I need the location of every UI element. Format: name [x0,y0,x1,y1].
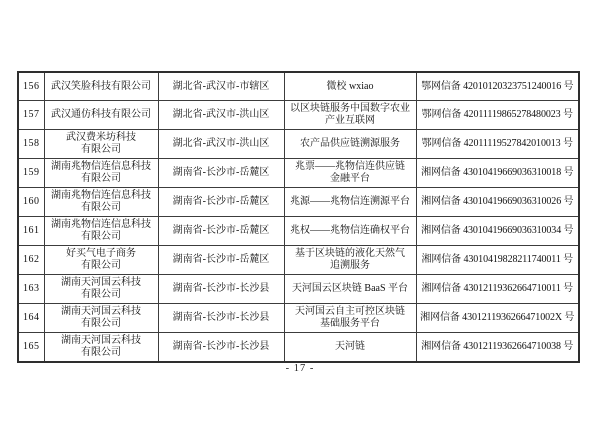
table-row: 162 好买气电子商务 有限公司 湖南省-长沙市-岳麓区 基于区块链的液化天然气… [18,246,579,275]
table-row: 161 湖南兆物信连信息科技 有限公司 湖南省-长沙市-岳麓区 兆权——兆物信连… [18,217,579,246]
company-cell: 湖南兆物信连信息科技 有限公司 [44,217,158,246]
table-row: 165 湖南天河国云科技 有限公司 湖南省-长沙市-长沙县 天河链 湘网信备 4… [18,333,579,363]
region-cell: 湖南省-长沙市-长沙县 [158,304,284,333]
row-index-cell: 159 [18,159,44,188]
filing-number-cell: 湘网信备 43010419669036310018 号 [416,159,579,188]
company-cell: 好买气电子商务 有限公司 [44,246,158,275]
row-index-cell: 156 [18,72,44,101]
company-cell: 湖南天河国云科技 有限公司 [44,275,158,304]
row-index-cell: 162 [18,246,44,275]
company-cell: 湖南天河国云科技 有限公司 [44,304,158,333]
row-index-cell: 161 [18,217,44,246]
region-cell: 湖北省-武汉市-洪山区 [158,101,284,130]
filing-number-cell: 鄂网信备 42011119865278480023 号 [416,101,579,130]
region-cell: 湖南省-长沙市-岳麓区 [158,188,284,217]
row-index-cell: 165 [18,333,44,363]
document-page: 156 武汉笑脸科技有限公司 湖北省-武汉市-市辖区 微校 wxiao 鄂网信备… [0,0,600,424]
service-cell: 微校 wxiao [284,72,416,101]
filing-number-cell: 鄂网信备 42010120323751240016 号 [416,72,579,101]
row-index-cell: 164 [18,304,44,333]
service-cell: 兆票——兆物信连供应链 金融平台 [284,159,416,188]
table-row: 160 湖南兆物信连信息科技 有限公司 湖南省-长沙市-岳麓区 兆源——兆物信连… [18,188,579,217]
table-row: 157 武汉通仿科技有限公司 湖北省-武汉市-洪山区 以区块链服务中国数字农业 … [18,101,579,130]
filing-number-cell: 湘网信备 43012119362664710038 号 [416,333,579,363]
company-cell: 湖南兆物信连信息科技 有限公司 [44,159,158,188]
filing-number-cell: 鄂网信备 42011119527842010013 号 [416,130,579,159]
service-cell: 以区块链服务中国数字农业 产业互联网 [284,101,416,130]
service-cell: 兆权——兆物信连确权平台 [284,217,416,246]
filing-number-cell: 湘网信备 43010419669036310026 号 [416,188,579,217]
region-cell: 湖北省-武汉市-市辖区 [158,72,284,101]
row-index-cell: 160 [18,188,44,217]
service-cell: 天河国云自主可控区块链 基础服务平台 [284,304,416,333]
table-row: 158 武汉费米坊科技 有限公司 湖北省-武汉市-洪山区 农产品供应链溯源服务 … [18,130,579,159]
company-cell: 湖南兆物信连信息科技 有限公司 [44,188,158,217]
filing-number-cell: 湘网信备 43010419828211740011 号 [416,246,579,275]
service-cell: 基于区块链的液化天然气 追溯服务 [284,246,416,275]
service-cell: 兆源——兆物信连溯源平台 [284,188,416,217]
table-row: 164 湖南天河国云科技 有限公司 湖南省-长沙市-长沙县 天河国云自主可控区块… [18,304,579,333]
service-cell: 天河国云区块链 BaaS 平台 [284,275,416,304]
region-cell: 湖南省-长沙市-长沙县 [158,275,284,304]
company-cell: 湖南天河国云科技 有限公司 [44,333,158,363]
row-index-cell: 163 [18,275,44,304]
company-cell: 武汉通仿科技有限公司 [44,101,158,130]
filing-number-cell: 湘网信备 43010419669036310034 号 [416,217,579,246]
blockchain-filing-table: 156 武汉笑脸科技有限公司 湖北省-武汉市-市辖区 微校 wxiao 鄂网信备… [17,71,580,363]
service-cell: 天河链 [284,333,416,363]
row-index-cell: 157 [18,101,44,130]
row-index-cell: 158 [18,130,44,159]
table-row: 159 湖南兆物信连信息科技 有限公司 湖南省-长沙市-岳麓区 兆票——兆物信连… [18,159,579,188]
company-cell: 武汉费米坊科技 有限公司 [44,130,158,159]
company-cell: 武汉笑脸科技有限公司 [44,72,158,101]
table-row: 163 湖南天河国云科技 有限公司 湖南省-长沙市-长沙县 天河国云区块链 Ba… [18,275,579,304]
filing-number-cell: 湘网信备 4301211936266471002X 号 [416,304,579,333]
region-cell: 湖南省-长沙市-岳麓区 [158,246,284,275]
table-row: 156 武汉笑脸科技有限公司 湖北省-武汉市-市辖区 微校 wxiao 鄂网信备… [18,72,579,101]
filing-number-cell: 湘网信备 43012119362664710011 号 [416,275,579,304]
region-cell: 湖南省-长沙市-岳麓区 [158,159,284,188]
region-cell: 湖南省-长沙市-岳麓区 [158,217,284,246]
page-number: - 17 - [0,363,600,374]
region-cell: 湖北省-武汉市-洪山区 [158,130,284,159]
service-cell: 农产品供应链溯源服务 [284,130,416,159]
region-cell: 湖南省-长沙市-长沙县 [158,333,284,363]
